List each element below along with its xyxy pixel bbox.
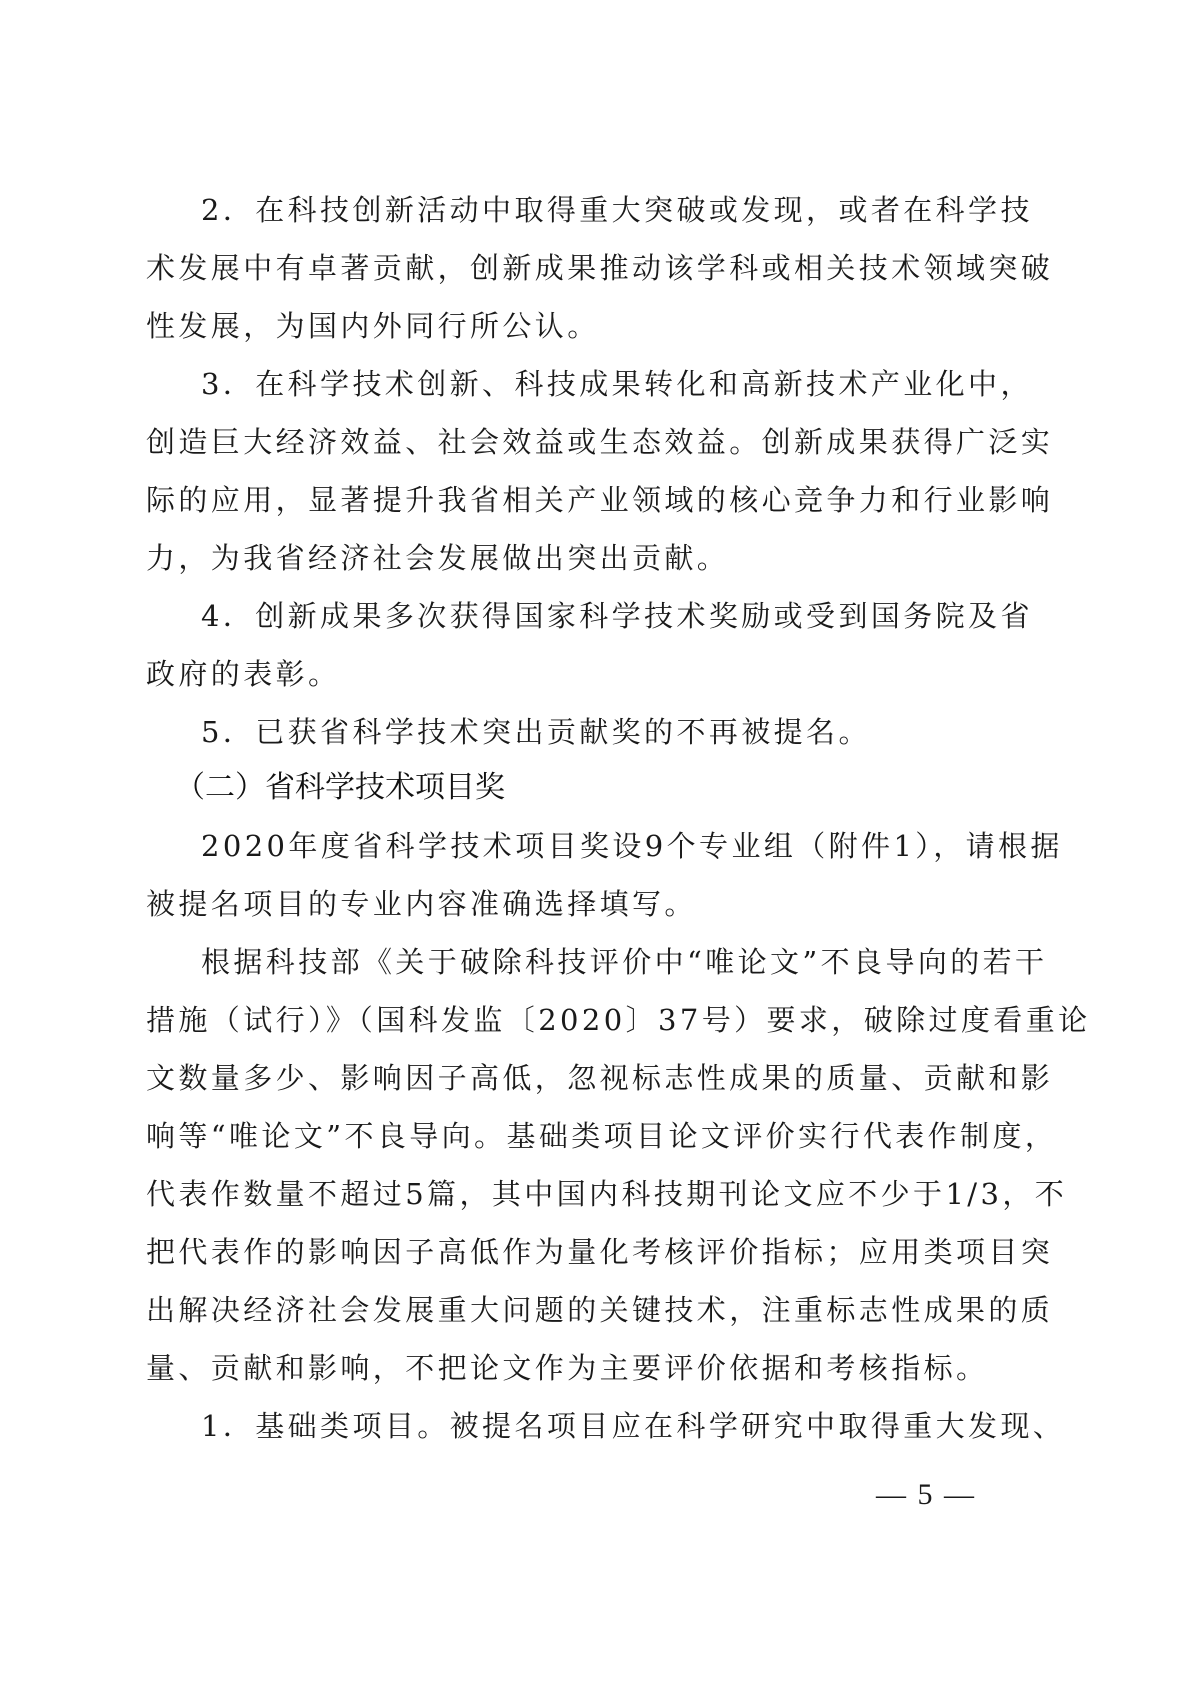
paragraph-line: 政府的表彰。 xyxy=(146,654,966,694)
paragraph-line: 把代表作的影响因子高低作为量化考核评价指标；应用类项目突 xyxy=(146,1232,966,1272)
paragraph-line: 根据科技部《关于破除科技评价中“唯论文”不良导向的若干 xyxy=(201,942,966,982)
paragraph-line: 术发展中有卓著贡献，创新成果推动该学科或相关技术领域突破 xyxy=(146,248,966,288)
document-page: 2．在科技创新活动中取得重大突破或发现，或者在科学技术发展中有卓著贡献，创新成果… xyxy=(0,0,1199,1696)
paragraph-line: 措施（试行）》（国科发监〔2020〕37号）要求，破除过度看重论 xyxy=(146,1000,966,1040)
paragraph-line: 2020年度省科学技术项目奖设9个专业组（附件1），请根据 xyxy=(201,826,966,866)
paragraph-line: 性发展，为国内外同行所公认。 xyxy=(146,306,966,346)
section-heading: （二）省科学技术项目奖 xyxy=(175,768,505,808)
paragraph-line: 4．创新成果多次获得国家科学技术奖励或受到国务院及省 xyxy=(201,596,966,636)
paragraph-line: 3．在科学技术创新、科技成果转化和高新技术产业化中， xyxy=(201,364,966,404)
paragraph-line: 文数量多少、影响因子高低，忽视标志性成果的质量、贡献和影 xyxy=(146,1058,966,1098)
paragraph-line: 被提名项目的专业内容准确选择填写。 xyxy=(146,884,966,924)
paragraph-line: 代表作数量不超过5篇，其中国内科技期刊论文应不少于1/3，不 xyxy=(146,1174,966,1214)
paragraph-line: 响等“唯论文”不良导向。基础类项目论文评价实行代表作制度， xyxy=(146,1116,966,1156)
paragraph-line: 量、贡献和影响，不把论文作为主要评价依据和考核指标。 xyxy=(146,1348,966,1388)
paragraph-line: 2．在科技创新活动中取得重大突破或发现，或者在科学技 xyxy=(201,190,966,230)
paragraph-line: 力，为我省经济社会发展做出突出贡献。 xyxy=(146,538,966,578)
page-number: — 5 — xyxy=(876,1478,976,1512)
paragraph-line: 1．基础类项目。被提名项目应在科学研究中取得重大发现、 xyxy=(201,1406,966,1446)
paragraph-line: 出解决经济社会发展重大问题的关键技术，注重标志性成果的质 xyxy=(146,1290,966,1330)
paragraph-line: 5．已获省科学技术突出贡献奖的不再被提名。 xyxy=(201,712,966,752)
paragraph-line: 创造巨大经济效益、社会效益或生态效益。创新成果获得广泛实 xyxy=(146,422,966,462)
paragraph-line: 际的应用，显著提升我省相关产业领域的核心竞争力和行业影响 xyxy=(146,480,966,520)
